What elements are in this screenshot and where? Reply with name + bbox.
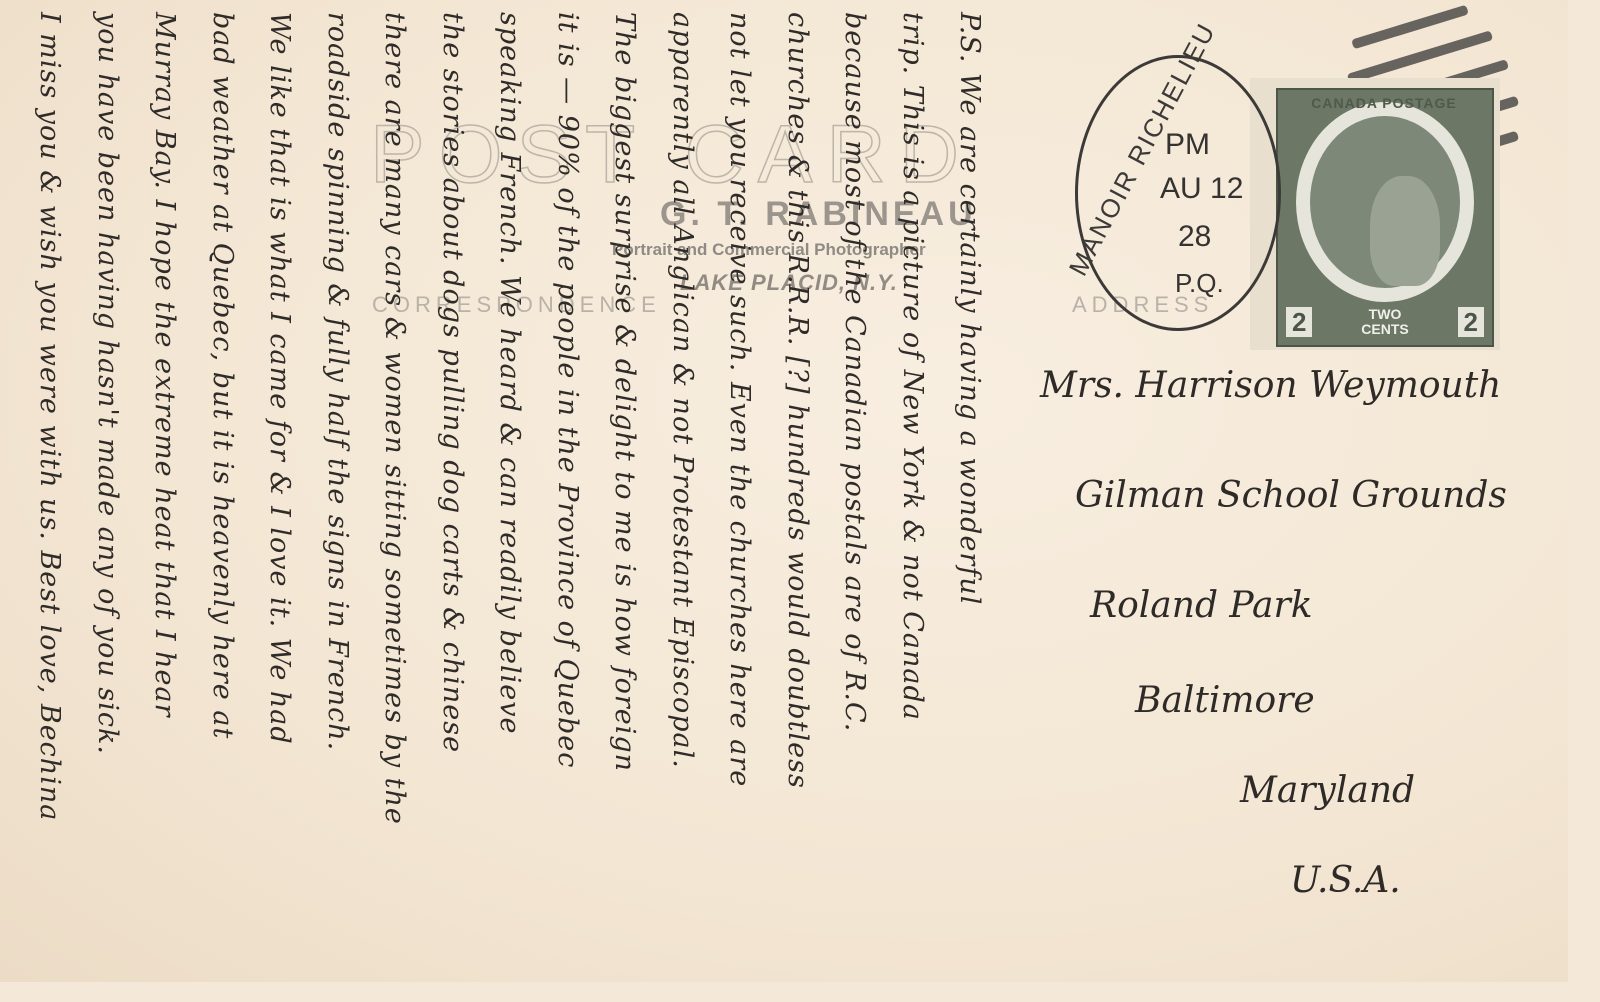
stamp-value-left: 2 bbox=[1286, 307, 1312, 337]
postmark-time: PM bbox=[1165, 128, 1210, 162]
stamp-value-right: 2 bbox=[1458, 307, 1484, 337]
message-line: not let you receive such. Even the churc… bbox=[724, 12, 755, 787]
message-line: churches & this R.R.R. [?] hundreds woul… bbox=[782, 12, 813, 789]
message-line: I miss you & wish you were with us. Best… bbox=[34, 12, 65, 821]
postmark-date: AU 12 bbox=[1160, 172, 1243, 206]
address-line-state: Maryland bbox=[1240, 770, 1415, 811]
postage-stamp: CANADA POSTAGE 2 TWO CENTS 2 bbox=[1250, 78, 1500, 350]
message-line: bad weather at Quebec, but it is heavenl… bbox=[207, 12, 238, 739]
king-portrait-icon bbox=[1370, 176, 1440, 286]
postmark-province: P.Q. bbox=[1175, 268, 1224, 299]
message-line: the stories about dogs pulling dog carts… bbox=[437, 12, 468, 753]
message-line: roadside spinning & fully half the signs… bbox=[322, 12, 353, 751]
stamp-country: CANADA POSTAGE bbox=[1304, 95, 1464, 111]
message-line: apparently all Anglican & not Protestant… bbox=[667, 12, 698, 769]
message-line: because most of the Canadian postals are… bbox=[839, 12, 870, 732]
handwritten-message: P.S. We are certainly having a wonderful… bbox=[0, 0, 1000, 982]
address-line-district: Roland Park bbox=[1090, 585, 1313, 626]
postcard-back: POST CARD CORRESPONDENCE ADDRESS G. T. R… bbox=[0, 0, 1568, 982]
message-line: it is — 90% of the people in the Provinc… bbox=[552, 12, 583, 768]
stamp-denomination-line2: CENTS bbox=[1340, 322, 1430, 337]
message-line: you have been having hasn't made any of … bbox=[92, 12, 123, 755]
message-line: Murray Bay. I hope the extreme heat that… bbox=[149, 12, 180, 717]
message-line: P.S. We are certainly having a wonderful bbox=[954, 12, 985, 605]
address-line-city: Baltimore bbox=[1135, 680, 1315, 721]
stamp-denomination: TWO CENTS bbox=[1340, 307, 1430, 337]
address-line-street: Gilman School Grounds bbox=[1075, 475, 1507, 516]
message-line: there are many cars & women sitting some… bbox=[379, 12, 410, 825]
stamp-face: CANADA POSTAGE 2 TWO CENTS 2 bbox=[1276, 88, 1494, 347]
stamp-denomination-line1: TWO bbox=[1340, 307, 1430, 322]
address-line-name: Mrs. Harrison Weymouth bbox=[1040, 365, 1501, 406]
address-line-country: U.S.A. bbox=[1290, 860, 1401, 901]
postmark-year: 28 bbox=[1178, 220, 1211, 254]
message-line: speaking French. We heard & can readily … bbox=[494, 12, 525, 734]
message-line: trip. This is a picture of New York & no… bbox=[897, 12, 928, 721]
stamp-portrait-frame bbox=[1296, 102, 1474, 302]
message-line: We like that is what I came for & I love… bbox=[264, 12, 295, 745]
message-line: The biggest surprise & delight to me is … bbox=[609, 12, 640, 772]
